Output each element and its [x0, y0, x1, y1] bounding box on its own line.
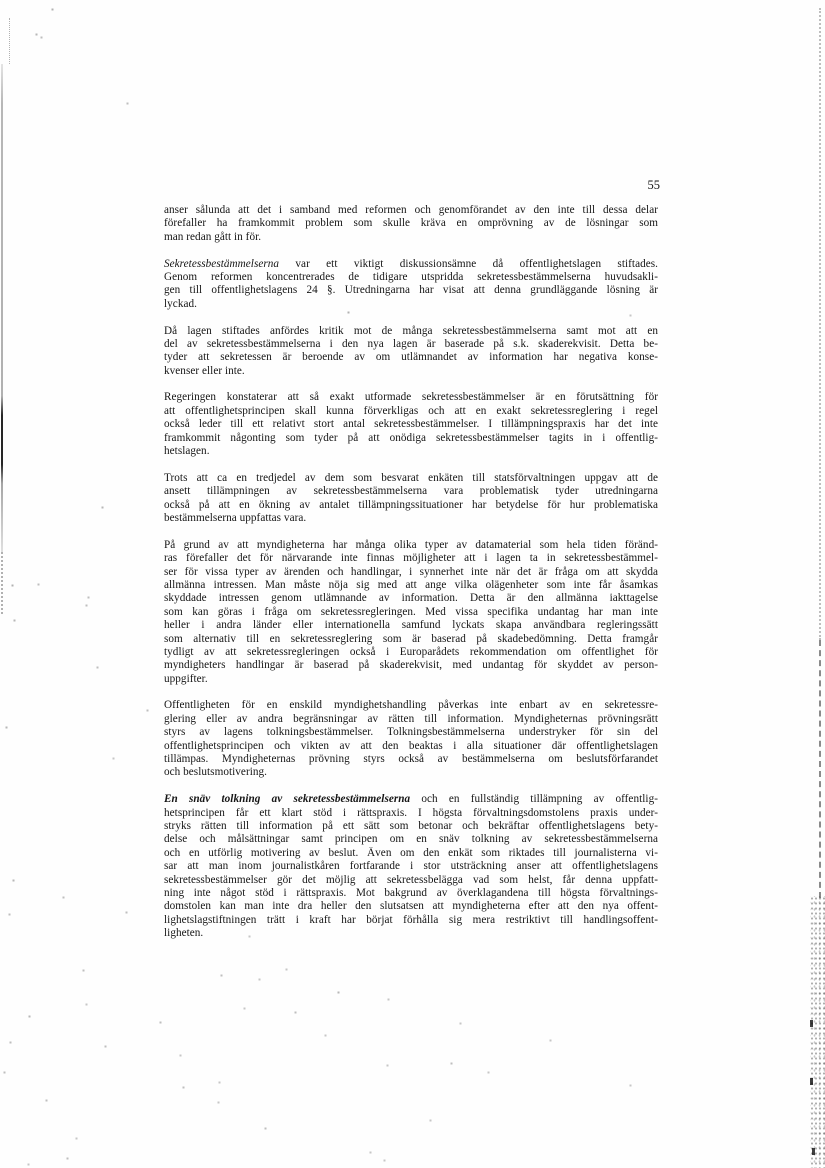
text-segment: ser för vissa typer av ärenden och handl… — [164, 566, 658, 578]
text-line: förefaller ha framkommit problem som sku… — [164, 217, 658, 230]
text-line: kvenser eller inte. — [164, 365, 658, 378]
text-line: också på att en ökning av antalet tilläm… — [164, 499, 658, 512]
text-segment: att offentlighetsprincipen skall kunna f… — [164, 405, 658, 417]
paragraph: Sekretessbestämmelserna var ett viktigt … — [164, 258, 658, 312]
text-segment: som alternativ till en sekretessreglerin… — [164, 633, 658, 645]
text-segment: hetsprincipen får ett klart stöd i rätts… — [164, 807, 658, 819]
text-segment: bestämmelserna uppfattas vara. — [164, 512, 306, 524]
text-segment: allmänna intressen. Man måste nöja sig m… — [164, 579, 658, 591]
scan-artifact-left-edge-line — [1, 64, 3, 552]
text-segment: Genom reformen koncentrerades de tidigar… — [164, 271, 658, 283]
text-segment: delse och målsättningar samt principen o… — [164, 833, 658, 845]
text-segment: heller i andra länder eller internatione… — [164, 619, 658, 631]
text-segment: styrs av lagens tolkningsbestämmelser. T… — [164, 726, 658, 738]
text-line: En snäv tolkning av sekretessbestämmelse… — [164, 793, 658, 806]
text-line: tydligt av att sekretessregleringen ocks… — [164, 646, 658, 659]
text-segment: och en utförlig motivering av beslut. Äv… — [164, 847, 658, 859]
emphasized-text-segment: En snäv tolkning av sekretessbestämmelse… — [164, 793, 410, 805]
text-line: delse och målsättningar samt principen o… — [164, 833, 658, 846]
text-segment: tillämpas. Myndigheternas prövning styrs… — [164, 753, 658, 765]
paragraph: En snäv tolkning av sekretessbestämmelse… — [164, 793, 658, 940]
text-line: sekretessbestämmelser gör det möjlig att… — [164, 874, 658, 887]
text-line: myndigheters handlingar är baserad på sk… — [164, 659, 658, 672]
scan-artifact-specks — [0, 0, 1, 1]
text-segment: Offentligheten för en enskild myndighets… — [164, 699, 658, 711]
paragraph: anser sålunda att det i samband med refo… — [164, 204, 658, 244]
text-line: del av sekretessbestämmelserna i den nya… — [164, 338, 658, 351]
text-line: som alternativ till en sekretessreglerin… — [164, 633, 658, 646]
text-line: lighetslagstiftningen trätt i kraft har … — [164, 914, 658, 927]
scan-artifact-right-tick — [812, 1148, 815, 1155]
scanned-document-page: { "document": { "page_number": "55", "pa… — [0, 0, 825, 1168]
text-line: Offentligheten för en enskild myndighets… — [164, 699, 658, 712]
text-segment: som kan göras i fråga om sekretessregler… — [164, 606, 658, 618]
document-body: anser sålunda att det i samband med refo… — [164, 204, 658, 940]
text-segment: del av sekretessbestämmelserna i den nya… — [164, 338, 658, 350]
text-segment: förefaller ha framkommit problem som sku… — [164, 217, 658, 229]
text-line: allmänna intressen. Man måste nöja sig m… — [164, 579, 658, 592]
text-line: anser sålunda att det i samband med refo… — [164, 204, 658, 217]
scan-artifact-right-dashed-line — [819, 640, 821, 898]
text-segment: och en fullständig tillämpning av offent… — [410, 793, 658, 805]
text-line: skyddade intressen genom utlämnande av i… — [164, 592, 658, 605]
text-line: stryks rätten till information på ett sä… — [164, 820, 658, 833]
text-segment: också leder till ett relativt stort anta… — [164, 418, 658, 430]
text-segment: Trots att ca en tredjedel av dem som bes… — [164, 472, 658, 484]
text-segment: skyddade intressen genom utlämnande av i… — [164, 592, 658, 604]
text-line: Då lagen stiftades anfördes kritik mot d… — [164, 325, 658, 338]
text-line: bestämmelserna uppfattas vara. — [164, 512, 658, 525]
paragraph: Då lagen stiftades anfördes kritik mot d… — [164, 325, 658, 379]
text-line: och beslutsmotivering. — [164, 766, 658, 779]
scan-artifact-right-tick — [810, 1020, 813, 1027]
text-line: tyder att sekretessen är beroende av om … — [164, 351, 658, 364]
text-line: domstolen kan man inte dra heller den sl… — [164, 900, 658, 913]
text-segment: Regeringen konstaterar att så exakt utfo… — [164, 391, 658, 403]
text-segment: offentlighetsprincipen och vikten av att… — [164, 740, 658, 752]
text-line: uppgifter. — [164, 673, 658, 686]
text-segment: ligheten. — [164, 927, 203, 939]
text-segment: domstolen kan man inte dra heller den sl… — [164, 900, 658, 912]
text-line: gen till offentlighetslagens 24 §. Utred… — [164, 284, 658, 297]
paragraph: Regeringen konstaterar att så exakt utfo… — [164, 391, 658, 458]
text-line: ser för vissa typer av ärenden och handl… — [164, 566, 658, 579]
scan-artifact-left-top-dots — [9, 18, 10, 64]
text-segment: gen till offentlighetslagens 24 §. Utred… — [164, 284, 658, 296]
text-line: att offentlighetsprincipen skall kunna f… — [164, 405, 658, 418]
paragraph: Trots att ca en tredjedel av dem som bes… — [164, 472, 658, 526]
text-line: också leder till ett relativt stort anta… — [164, 418, 658, 431]
text-segment: stryks rätten till information på ett sä… — [164, 820, 658, 832]
text-line: man redan gått in för. — [164, 231, 658, 244]
text-line: På grund av att myndigheterna har många … — [164, 539, 658, 552]
text-segment: anser sålunda att det i samband med refo… — [164, 204, 658, 216]
text-segment: uppgifter. — [164, 673, 208, 685]
text-line: tillämpas. Myndigheternas prövning styrs… — [164, 753, 658, 766]
text-segment: tyder att sekretessen är beroende av om … — [164, 351, 658, 363]
text-segment: sekretessbestämmelser gör det möjlig att… — [164, 874, 658, 886]
text-segment: ning inte något stöd i rättspraxis. Mot … — [164, 887, 658, 899]
text-line: ras förefaller det för närvarande inte f… — [164, 552, 658, 565]
text-line: lyckad. — [164, 298, 658, 311]
text-line: hetsprincipen får ett klart stöd i rätts… — [164, 807, 658, 820]
text-segment: också på att en ökning av antalet tilläm… — [164, 499, 658, 511]
text-line: heller i andra länder eller internatione… — [164, 619, 658, 632]
text-segment: tydligt av att sekretessregleringen ocks… — [164, 646, 658, 658]
text-segment: På grund av att myndigheterna har många … — [164, 539, 658, 551]
text-segment: myndigheters handlingar är baserad på sk… — [164, 659, 658, 671]
text-line: Regeringen konstaterar att så exakt utfo… — [164, 391, 658, 404]
text-line: och en utförlig motivering av beslut. Äv… — [164, 847, 658, 860]
text-segment: Då lagen stiftades anfördes kritik mot d… — [164, 325, 658, 337]
text-line: offentlighetsprincipen och vikten av att… — [164, 740, 658, 753]
scan-artifact-right-tick — [810, 1078, 813, 1085]
text-line: Genom reformen koncentrerades de tidigar… — [164, 271, 658, 284]
text-segment: ras förefaller det för närvarande inte f… — [164, 552, 658, 564]
text-segment: hetslagen. — [164, 445, 210, 457]
page-number: 55 — [164, 178, 660, 193]
text-line: glering eller av andra begränsningar av … — [164, 713, 658, 726]
text-segment: sar att man inom journalistkåren fortfar… — [164, 860, 658, 872]
text-segment: och beslutsmotivering. — [164, 766, 267, 778]
paragraph: Offentligheten för en enskild myndighets… — [164, 699, 658, 779]
text-segment: man redan gått in för. — [164, 231, 261, 243]
text-segment: ansett tillämpningen av sekretessbestämm… — [164, 485, 658, 497]
emphasized-text-segment: Sekretessbestämmelserna — [164, 258, 279, 270]
scan-artifact-right-speckle-band — [810, 896, 825, 1168]
scan-artifact-right-dotted-line — [819, 8, 821, 640]
text-line: styrs av lagens tolkningsbestämmelser. T… — [164, 726, 658, 739]
text-line: ning inte något stöd i rättspraxis. Mot … — [164, 887, 658, 900]
text-segment: kvenser eller inte. — [164, 365, 245, 377]
text-line: hetslagen. — [164, 445, 658, 458]
text-segment: framkommit någonting som tyder på att on… — [164, 432, 658, 444]
text-line: Sekretessbestämmelserna var ett viktigt … — [164, 258, 658, 271]
text-line: sar att man inom journalistkåren fortfar… — [164, 860, 658, 873]
text-line: som kan göras i fråga om sekretessregler… — [164, 606, 658, 619]
text-segment: lyckad. — [164, 298, 197, 310]
text-line: Trots att ca en tredjedel av dem som bes… — [164, 472, 658, 485]
text-segment: lighetslagstiftningen trätt i kraft har … — [164, 914, 658, 926]
scan-artifact-left-dotted-line — [1, 552, 3, 614]
paragraph: På grund av att myndigheterna har många … — [164, 539, 658, 686]
text-segment: glering eller av andra begränsningar av … — [164, 713, 658, 725]
text-segment: var ett viktigt diskussionsämne då offen… — [279, 258, 658, 270]
text-line: framkommit någonting som tyder på att on… — [164, 432, 658, 445]
text-line: ansett tillämpningen av sekretessbestämm… — [164, 485, 658, 498]
text-line: ligheten. — [164, 927, 658, 940]
